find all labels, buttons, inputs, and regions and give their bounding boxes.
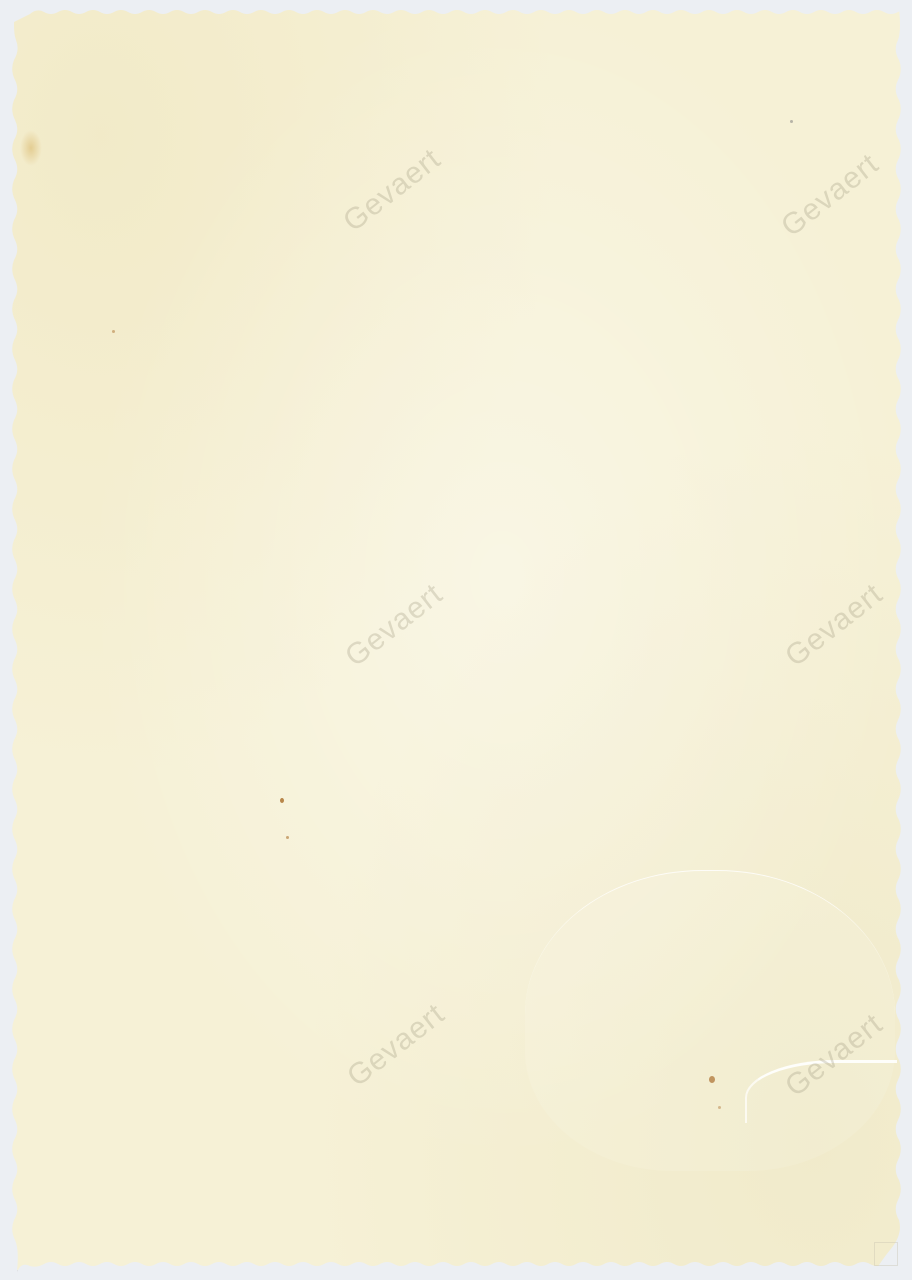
oval-impression [525, 870, 895, 1171]
stain [20, 130, 42, 166]
speck [112, 330, 115, 333]
speck [286, 836, 289, 839]
corner-mark [874, 1242, 898, 1266]
speck [280, 798, 284, 803]
scene: Gevaert Gevaert Gevaert Gevaert Gevaert … [0, 0, 912, 1280]
speck [790, 120, 793, 123]
